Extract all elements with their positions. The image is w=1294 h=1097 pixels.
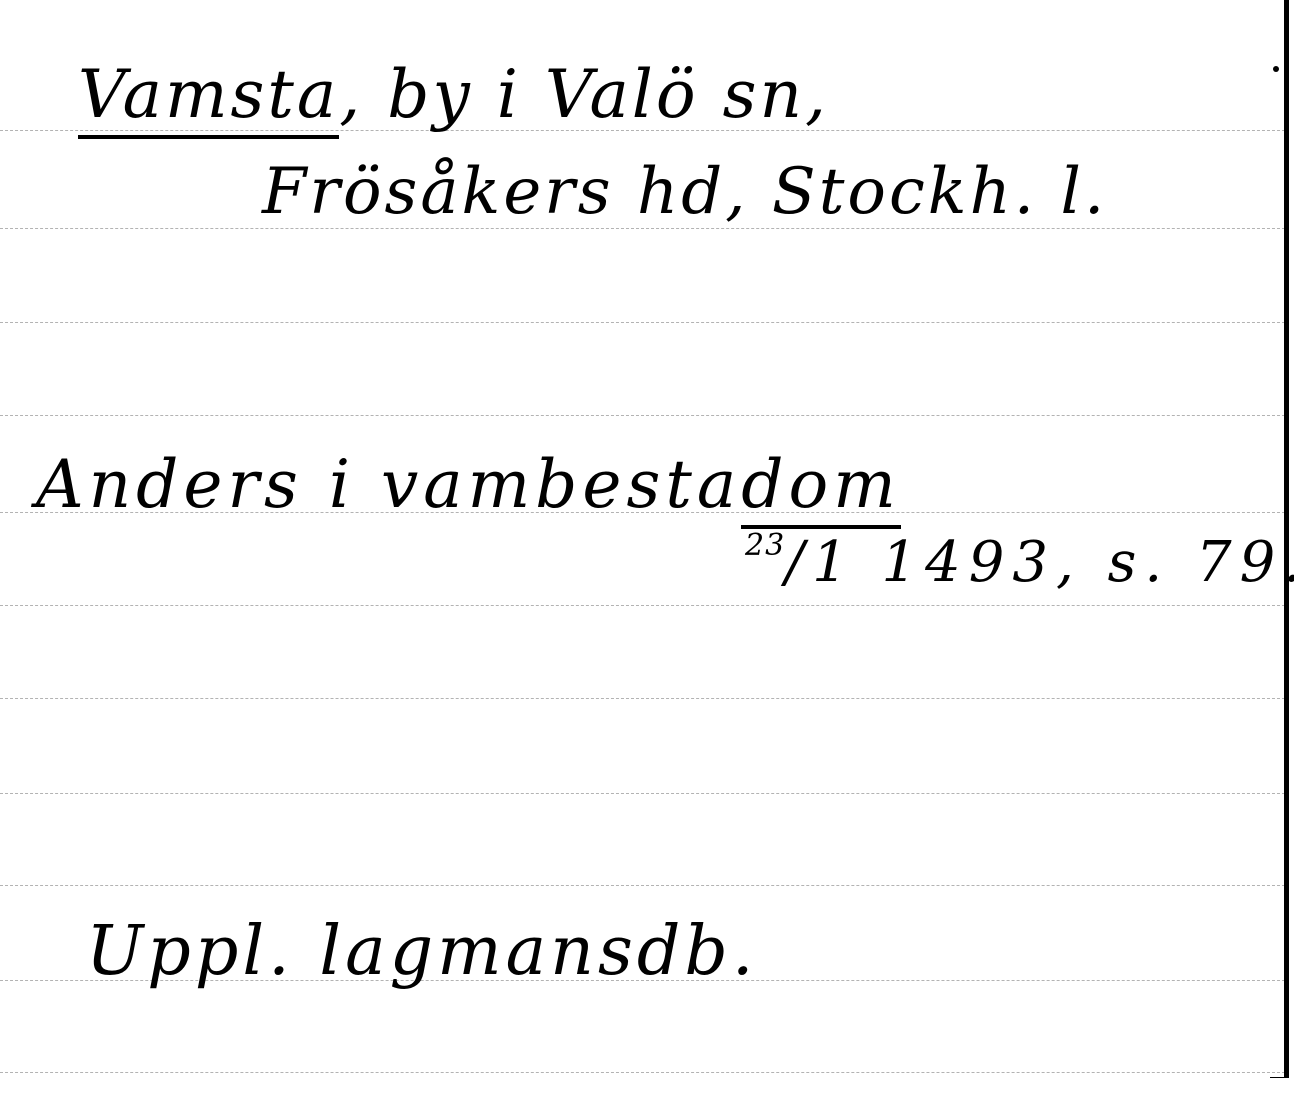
person-name: Anders i vambesta <box>36 446 741 523</box>
person-entry: Anders i vambestadom <box>36 452 901 518</box>
date-slash: / <box>785 530 812 595</box>
ruled-line <box>0 698 1285 699</box>
ruled-line <box>0 605 1285 606</box>
person-name-underlined: dom <box>741 446 901 529</box>
heading-line-1: Vamsta, by i Valö sn, <box>78 62 829 128</box>
index-card: Vamsta, by i Valö sn, Frösåkers hd, Stoc… <box>0 0 1294 1097</box>
heading-line-2: Frösåkers hd, Stockh. l. <box>262 160 1107 224</box>
parish-text: , by i Valö sn, <box>339 56 829 133</box>
ruled-line <box>0 793 1285 794</box>
ink-dot <box>1273 66 1279 72</box>
ruled-line <box>0 1072 1285 1073</box>
ruled-line <box>0 415 1285 416</box>
date-reference: 23/1 1493, s. 79. <box>745 535 1294 591</box>
card-corner-mark <box>1270 1077 1289 1078</box>
date-month: 1 <box>812 530 856 595</box>
year-page: 1493, s. 79. <box>856 530 1294 595</box>
date-day: 23 <box>745 528 785 563</box>
ruled-line <box>0 885 1285 886</box>
source-citation: Uppl. lagmansdb. <box>86 918 758 986</box>
ruled-line <box>0 322 1285 323</box>
place-name: Vamsta <box>78 56 339 139</box>
